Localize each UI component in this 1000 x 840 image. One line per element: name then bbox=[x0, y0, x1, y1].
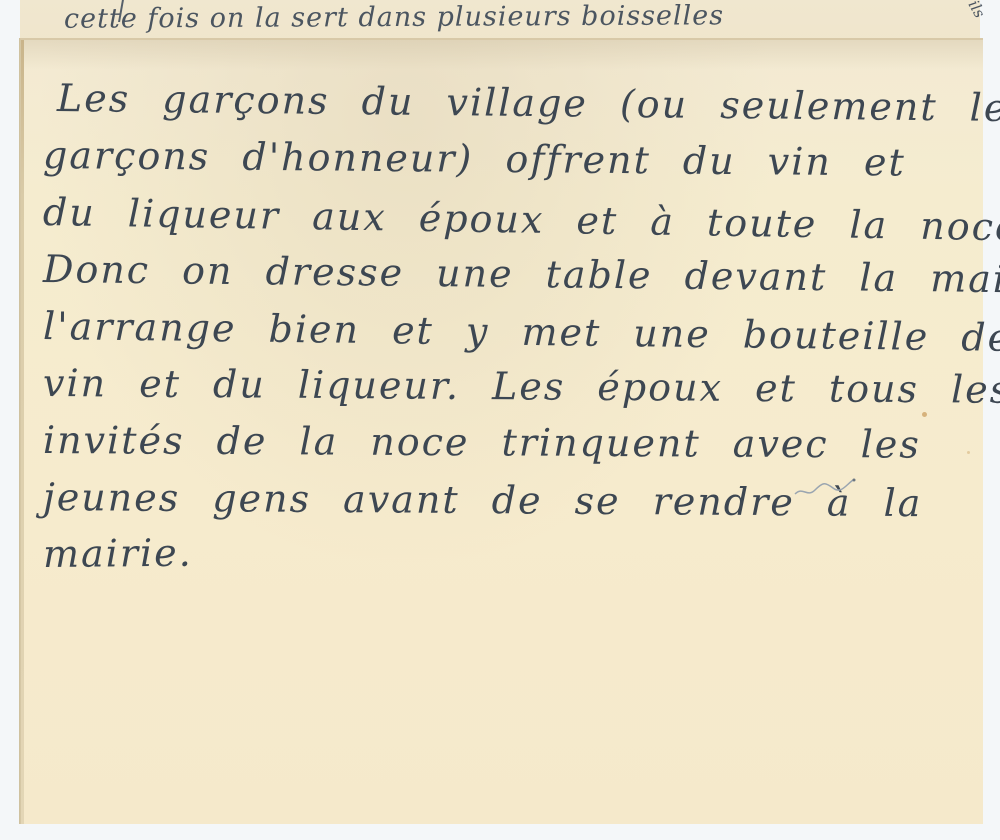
handwriting-line: garçons d'honneur) offrent du vin et bbox=[43, 127, 963, 192]
scanned-document: cette fois on la sert dans plusieurs boi… bbox=[0, 0, 1000, 840]
handwriting-line: mairie. bbox=[43, 518, 963, 583]
handwriting-line: Donc on dresse une table devant la mairi… bbox=[43, 241, 964, 308]
paper-edge-wear bbox=[21, 40, 24, 824]
fold-shadow bbox=[21, 40, 983, 70]
back-sheet-corner-note: ils bbox=[965, 0, 989, 21]
foxing-spot bbox=[967, 451, 970, 454]
front-sheet: Les garçons du village (ou seulement les… bbox=[20, 38, 983, 824]
foxing-spot bbox=[922, 412, 927, 417]
back-sheet-text-line: cette fois on la sert dans plusieurs boi… bbox=[64, 0, 724, 34]
handwriting-line: invités de la noce trinquent avec les bbox=[43, 412, 963, 474]
handwriting-line: Les garçons du village (ou seulement les bbox=[57, 70, 964, 136]
pencil-squiggle-mark bbox=[793, 472, 863, 502]
handwriting-line: vin et du liqueur. Les époux et tous les bbox=[43, 355, 963, 418]
handwritten-text: Les garçons du village (ou seulement les… bbox=[43, 70, 963, 583]
